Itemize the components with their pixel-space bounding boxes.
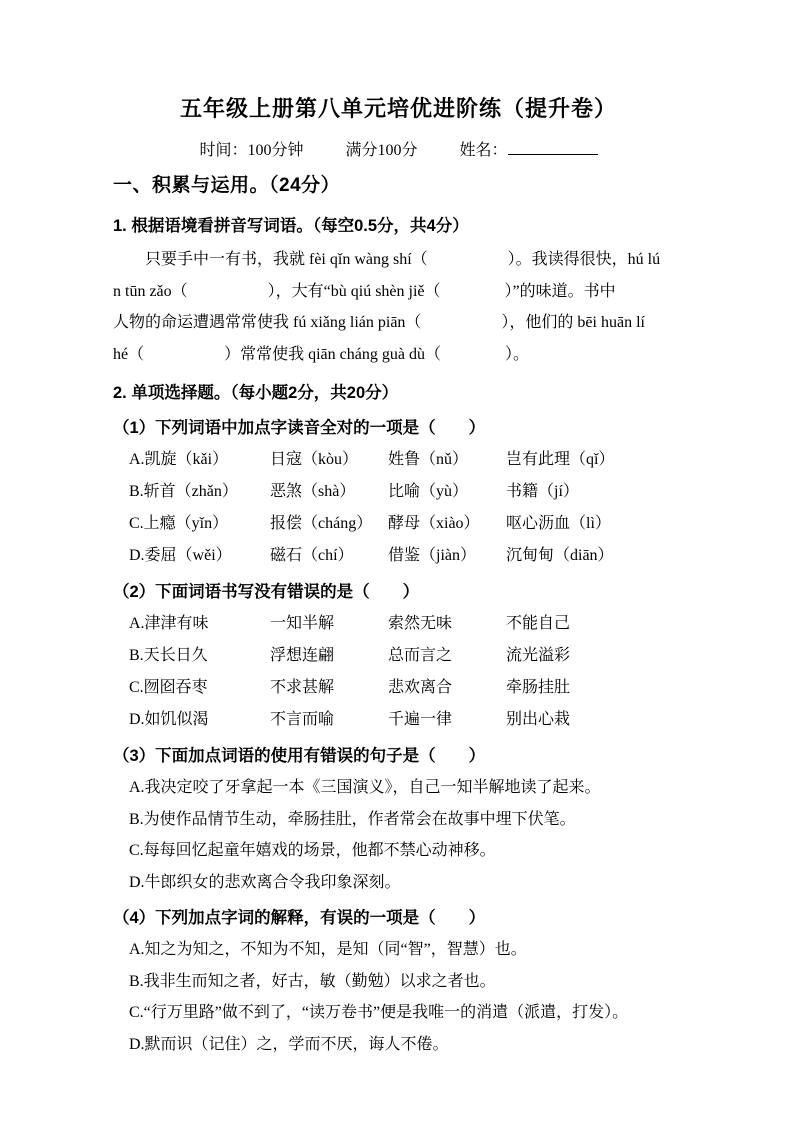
option-cell: C.囫囵吞枣 bbox=[129, 672, 270, 704]
option-sentence: D.牛郎织女的悲欢离合令我印象深刻。 bbox=[113, 867, 684, 899]
option-cell: 酵母（xiào） bbox=[388, 508, 506, 540]
q1-line-4: hé（ ）常常使我 qiān cháng guà dù（ ）。 bbox=[113, 339, 684, 371]
option-cell: 恶煞（shà） bbox=[270, 476, 388, 508]
option-cell: 比喻（yù） bbox=[388, 476, 506, 508]
q1-line-2: n tūn zǎo（ ），大有“bù qiú shèn jiě（ ）”的味道。书… bbox=[113, 276, 684, 308]
option-cell: 沉甸甸（diān） bbox=[506, 540, 684, 572]
q1-line-1: 只要手中一有书，我就 fèi qǐn wàng shí（ ）。我读得很快，hú … bbox=[113, 244, 684, 276]
option-sentence: D.默而识（记住）之，学而不厌，诲人不倦。 bbox=[113, 1029, 684, 1061]
q2-heading: 2. 单项选择题。（每小题2分，共20分） bbox=[113, 378, 684, 408]
q2-sub4-heading: （4）下列加点字词的解释，有误的一项是（ ） bbox=[113, 903, 684, 934]
exam-title: 五年级上册第八单元培优进阶练（提升卷） bbox=[113, 92, 684, 123]
option-cell: 报偿（cháng） bbox=[270, 508, 388, 540]
option-cell: B.斩首（zhǎn） bbox=[129, 476, 270, 508]
name-blank-line bbox=[508, 139, 598, 155]
option-cell: 索然无味 bbox=[388, 608, 506, 640]
exam-page: 五年级上册第八单元培优进阶练（提升卷） 时间：100分钟 满分100分 姓名： … bbox=[0, 0, 794, 1123]
option-cell: 千遍一律 bbox=[388, 704, 506, 736]
option-cell: A.津津有味 bbox=[129, 608, 270, 640]
q1-heading: 1. 根据语境看拼音写词语。（每空0.5分，共4分） bbox=[113, 211, 684, 241]
option-cell: C.上瘾（yǐn） bbox=[129, 508, 270, 540]
q1-passage: 只要手中一有书，我就 fèi qǐn wàng shí（ ）。我读得很快，hú … bbox=[113, 244, 684, 370]
option-cell: 一知半解 bbox=[270, 608, 388, 640]
q2-sub2-options: A.津津有味 一知半解 索然无味 不能自己 B.天长日久 浮想连翩 总而言之 流… bbox=[113, 608, 684, 736]
option-cell: D.委屈（wěi） bbox=[129, 540, 270, 572]
q2-sub3-heading: （3）下面加点词语的使用有错误的句子是（ ） bbox=[113, 741, 684, 772]
q2-sub1-options: A.凯旋（kǎi） 日寇（kòu） 姓鲁（nǔ） 岂有此理（qǐ） B.斩首（z… bbox=[113, 444, 684, 572]
option-sentence: C.“行万里路”做不到了，“读万卷书”便是我唯一的消遣（派遣，打发）。 bbox=[113, 997, 684, 1029]
q2-sub2-heading: （2）下面词语书写没有错误的是（ ） bbox=[113, 577, 684, 608]
meta-score: 满分100分 bbox=[345, 142, 417, 159]
option-cell: 别出心栽 bbox=[506, 704, 684, 736]
option-cell: 借鉴（jiàn） bbox=[388, 540, 506, 572]
option-cell: 浮想连翩 bbox=[270, 640, 388, 672]
q1-line-3: 人物的命运遭遇常常使我 fú xiǎng lián piān（ ），他们的 bē… bbox=[113, 307, 684, 339]
q2-sub1-heading: （1）下列词语中加点字读音全对的一项是（ ） bbox=[113, 413, 684, 444]
option-cell: 不求甚解 bbox=[270, 672, 388, 704]
option-cell: 牵肠挂肚 bbox=[506, 672, 684, 704]
option-sentence: A.知之为知之，不知为不知，是知（同“智”，智慧）也。 bbox=[113, 934, 684, 966]
option-cell: 不言而喻 bbox=[270, 704, 388, 736]
option-sentence: B.我非生而知之者，好古，敏（勤勉）以求之者也。 bbox=[113, 966, 684, 998]
option-cell: D.如饥似渴 bbox=[129, 704, 270, 736]
option-cell: A.凯旋（kǎi） bbox=[129, 444, 270, 476]
meta-name: 姓名： bbox=[460, 142, 598, 159]
exam-meta: 时间：100分钟 满分100分 姓名： bbox=[113, 137, 684, 160]
option-cell: 悲欢离合 bbox=[388, 672, 506, 704]
section1-heading: 一、积累与运用。（24分） bbox=[113, 170, 684, 197]
option-cell: 岂有此理（qǐ） bbox=[506, 444, 684, 476]
option-cell: 呕心沥血（lì） bbox=[506, 508, 684, 540]
option-cell: 日寇（kòu） bbox=[270, 444, 388, 476]
option-cell: 流光溢彩 bbox=[506, 640, 684, 672]
option-sentence: A.我决定咬了牙拿起一本《三国演义》，自己一知半解地读了起来。 bbox=[113, 772, 684, 804]
option-cell: 姓鲁（nǔ） bbox=[388, 444, 506, 476]
meta-name-label: 姓名： bbox=[460, 142, 508, 159]
option-cell: 书籍（jí） bbox=[506, 476, 684, 508]
meta-time: 时间：100分钟 bbox=[199, 142, 303, 159]
option-cell: B.天长日久 bbox=[129, 640, 270, 672]
option-cell: 磁石（chí） bbox=[270, 540, 388, 572]
option-sentence: C.每每回忆起童年嬉戏的场景，他都不禁心动神移。 bbox=[113, 835, 684, 867]
option-cell: 不能自己 bbox=[506, 608, 684, 640]
q2-sub4-options: A.知之为知之，不知为不知，是知（同“智”，智慧）也。 B.我非生而知之者，好古… bbox=[113, 934, 684, 1060]
option-cell: 总而言之 bbox=[388, 640, 506, 672]
option-sentence: B.为使作品情节生动，牵肠挂肚，作者常会在故事中埋下伏笔。 bbox=[113, 804, 684, 836]
q2-sub3-options: A.我决定咬了牙拿起一本《三国演义》，自己一知半解地读了起来。 B.为使作品情节… bbox=[113, 772, 684, 898]
